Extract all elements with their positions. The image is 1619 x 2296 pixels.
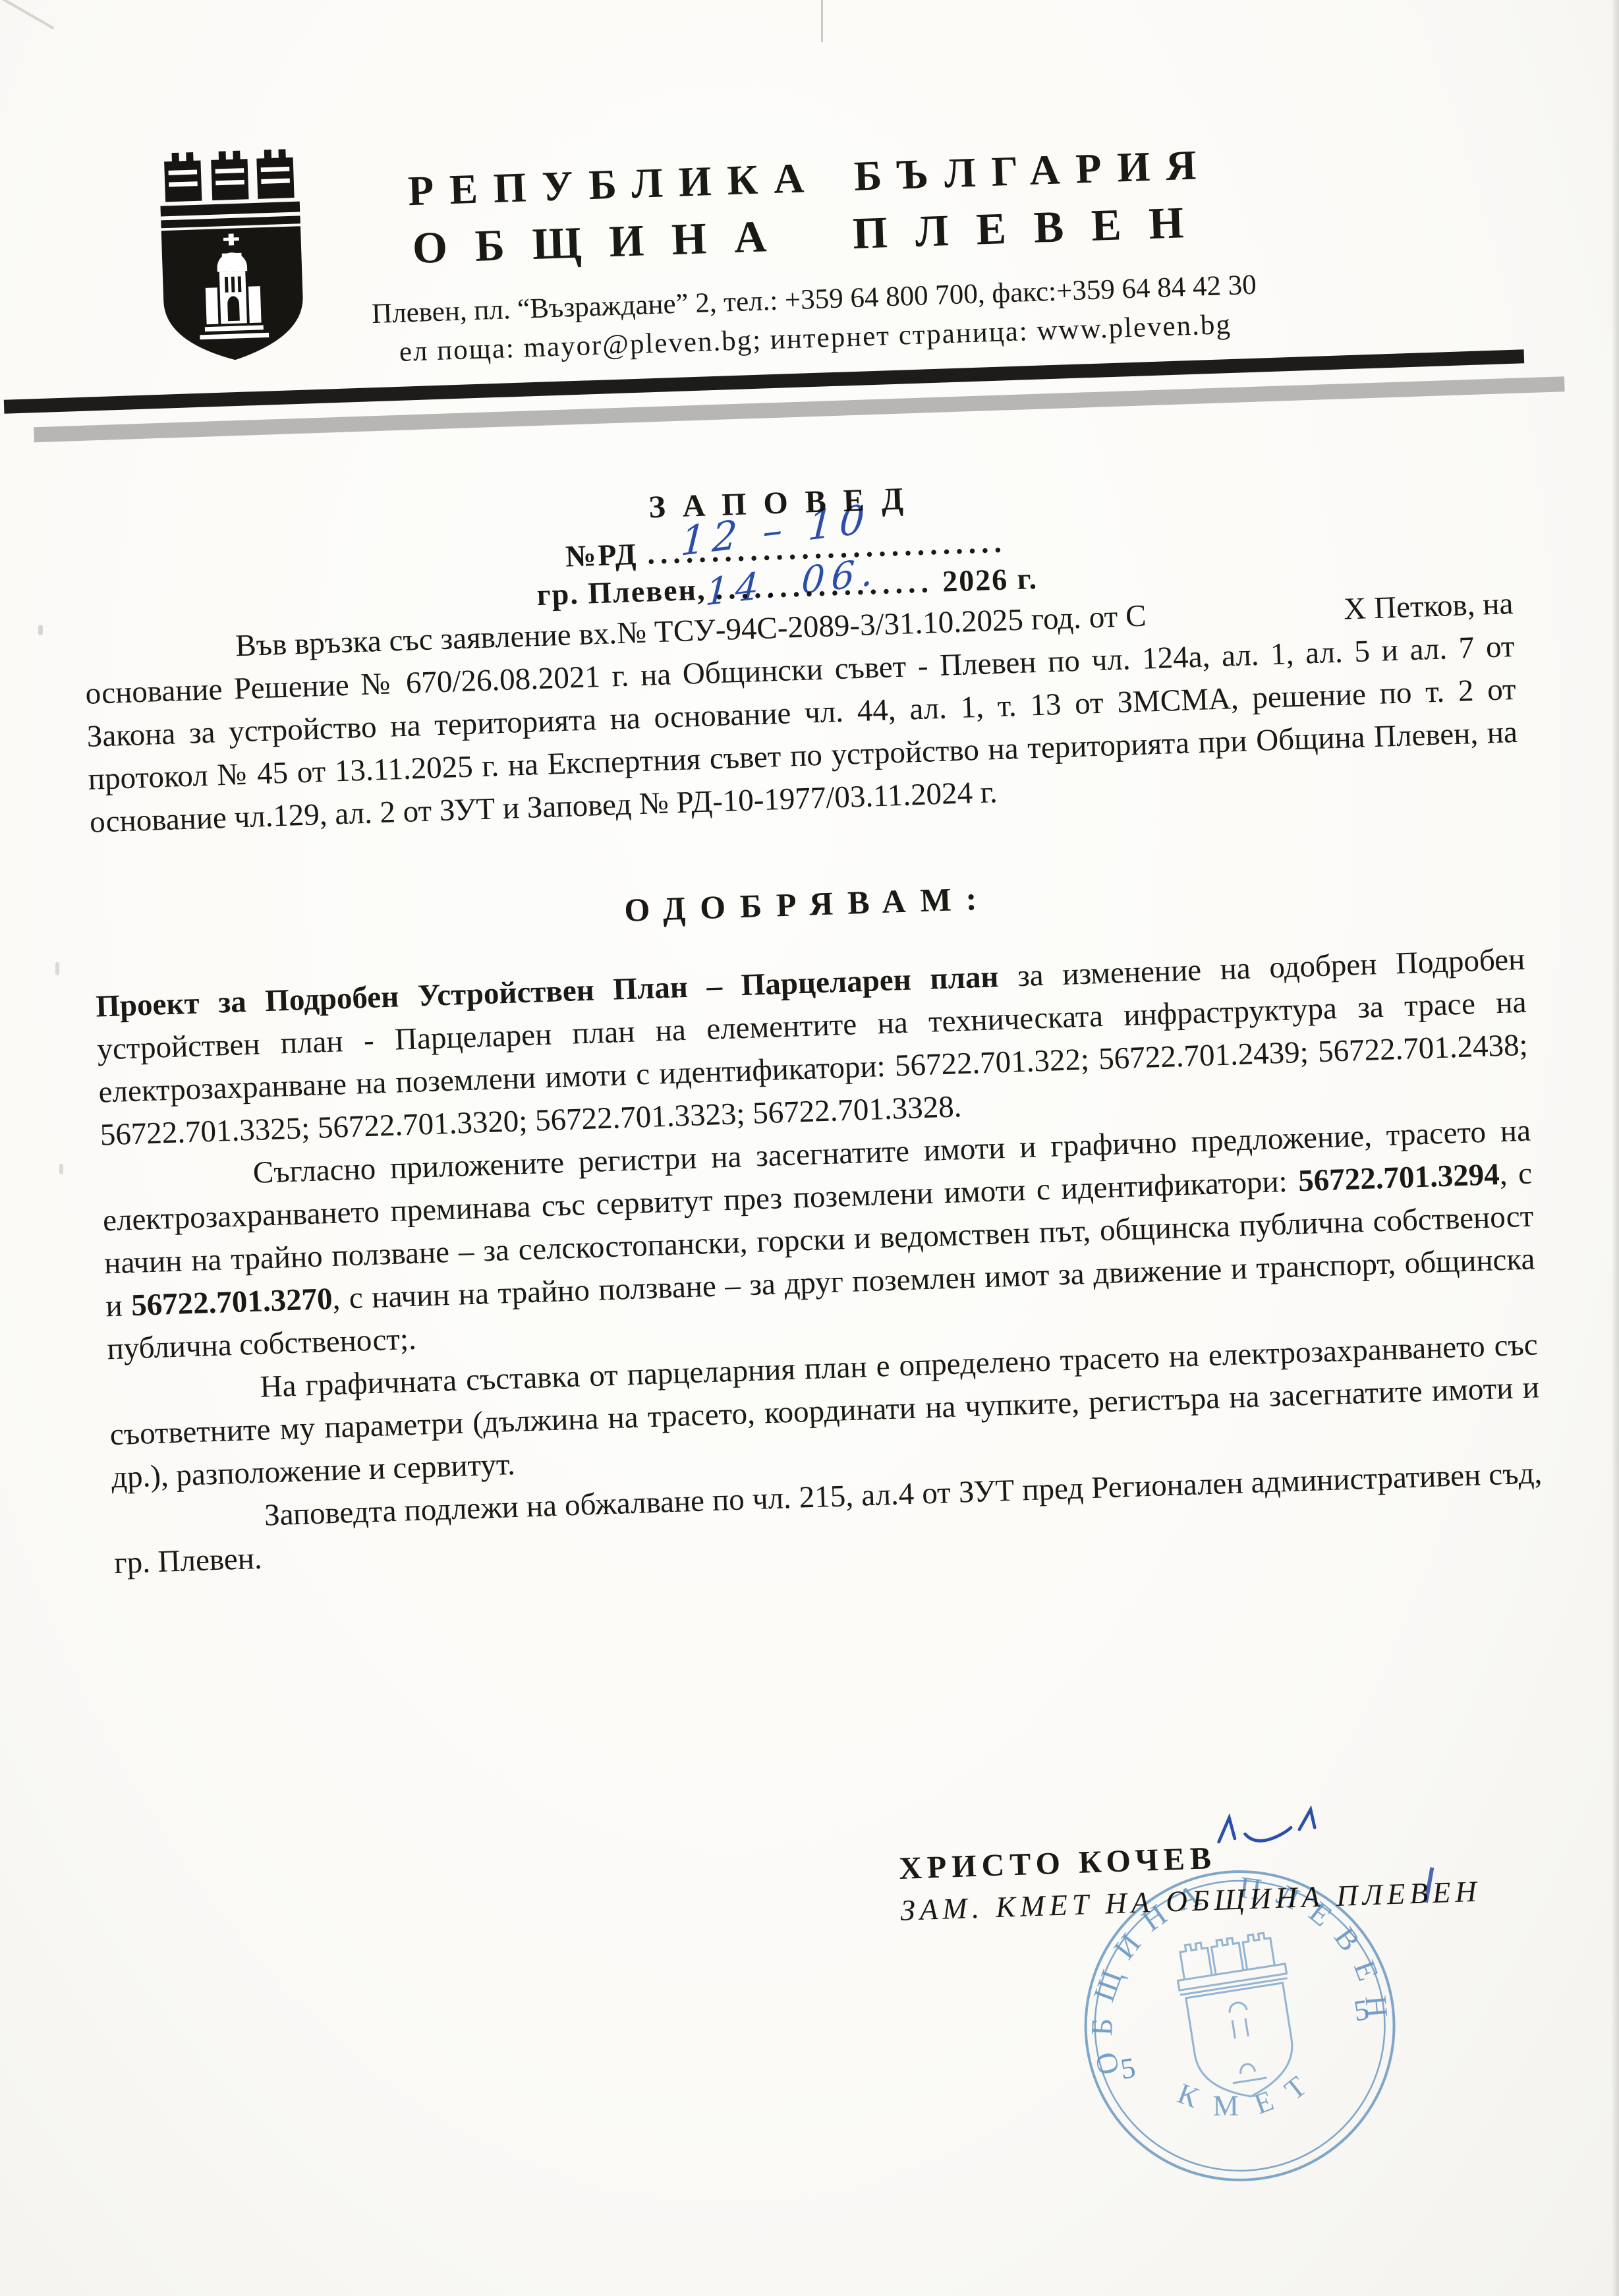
scan-artifact-line (821, 0, 823, 42)
signature-strokes (1218, 1810, 1315, 1843)
paragraph-legal-grounds: Във връзка със заявление вх.№ ТСУ-94С-20… (83, 583, 1520, 844)
letterhead-text: РЕПУБЛИКА БЪЛГАРИЯ ОБЩИНА ПЛЕВЕН Плевен,… (289, 136, 1336, 372)
p1-initial: Х (1343, 591, 1367, 626)
scan-artifact-corner (0, 0, 54, 30)
scanned-document-page: РЕПУБЛИКА БЪЛГАРИЯ ОБЩИНА ПЛЕВЕН Плевен,… (0, 0, 1619, 2296)
stamp-bottom-text: КМЕТ (1169, 2055, 1332, 2135)
order-number-prefix: №РД (565, 537, 639, 573)
order-year: 2026 г. (942, 561, 1038, 598)
handwritten-signature (1214, 1804, 1334, 1851)
order-place: гр. Плевен, (536, 573, 706, 612)
p3-parcel-id-1: 56722.701.3294 (1297, 1157, 1500, 1198)
order-body: Във връзка със заявление вх.№ ТСУ-94С-20… (83, 583, 1544, 1585)
pleven-coat-of-arms-icon (153, 145, 310, 364)
redacted-name-gap (1147, 618, 1344, 626)
document-content: РЕПУБЛИКА БЪЛГАРИЯ ОБЩИНА ПЛЕВЕН Плевен,… (4, 74, 1610, 2296)
stamp-left-number: 5 (1118, 2052, 1137, 2086)
p3-parcel-id-2: 56722.701.3270 (130, 1282, 333, 1323)
letterhead: РЕПУБЛИКА БЪЛГАРИЯ ОБЩИНА ПЛЕВЕН Плевен,… (4, 74, 1548, 401)
stamp-ring-text: ОБЩИНА ПЛЕВЕН (1062, 1848, 1398, 2078)
official-stamp: ОБЩИНА ПЛЕВЕН КМЕТ 5 5 (1051, 1837, 1429, 2215)
approve-heading: ОДОБРЯВАМ: (92, 859, 1523, 950)
crest-towers (159, 149, 300, 229)
